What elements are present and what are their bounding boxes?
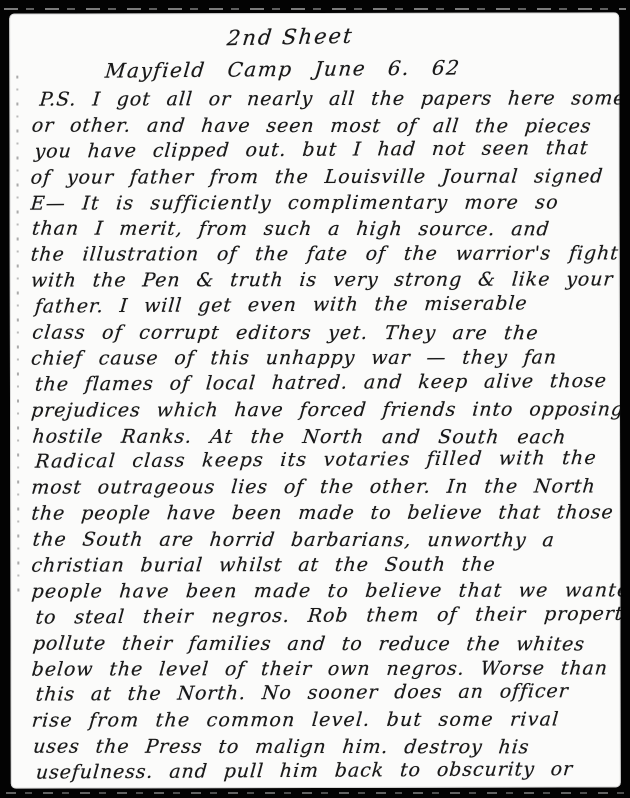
handwritten-line: most outrageous lies of the other. In th… (30, 475, 616, 502)
letter-body: P.S. I got all or nearly all the papers … (29, 86, 614, 786)
dateline: Mayfield Camp June 6. 62 (104, 55, 462, 82)
left-margin-tick-marks (16, 76, 19, 596)
handwritten-line: the illustration of the fate of the warr… (30, 242, 616, 269)
handwritten-line: christian burial whilst at the South the (30, 552, 616, 579)
handwritten-line: of your father from the Louisville Journ… (30, 164, 616, 191)
handwritten-line: class of corrupt editors yet. They are t… (31, 321, 617, 348)
handwritten-line: pollute their families and to reduce the… (32, 631, 618, 658)
scan-edge-artifact-bottom (6, 792, 624, 794)
handwritten-line: to steal their negros. Rob them of their… (34, 602, 616, 632)
handwritten-line: than I merit, from such a high source. a… (31, 217, 617, 244)
handwritten-line: rise from the common level. but some riv… (31, 708, 617, 735)
scan-edge-artifact-top (4, 8, 626, 10)
handwritten-line: E— It is sufficiently complimentary more… (30, 190, 616, 217)
handwritten-line: you have clipped out. but I had not seen… (34, 136, 616, 166)
handwritten-line: the South are horrid barbarians, unworth… (31, 528, 617, 555)
handwritten-line: this at the North. No sooner does an off… (35, 679, 617, 709)
handwritten-line: people have been made to believe that we… (30, 578, 616, 605)
letter-page: 2nd Sheet Mayfield Camp June 6. 62 P.S. … (9, 12, 621, 788)
handwritten-line: P.S. I got all or nearly all the papers … (38, 86, 615, 113)
handwritten-line: usefulness. and pull him back to obscuri… (35, 757, 617, 787)
handwritten-line: Radical class keeps its votaries filled … (34, 446, 616, 476)
handwritten-line: the flames of local hatred. and keep ali… (34, 369, 616, 399)
handwritten-line: the people have been made to believe tha… (30, 501, 616, 528)
scanner-background: 2nd Sheet Mayfield Camp June 6. 62 P.S. … (0, 0, 630, 798)
handwritten-line: prejudices which have forced friends int… (30, 397, 616, 424)
handwritten-line: chief cause of this unhappy war — they f… (30, 345, 616, 372)
handwritten-line: father. I will get even with the miserab… (34, 291, 616, 321)
sheet-number-annotation: 2nd Sheet (226, 24, 355, 50)
